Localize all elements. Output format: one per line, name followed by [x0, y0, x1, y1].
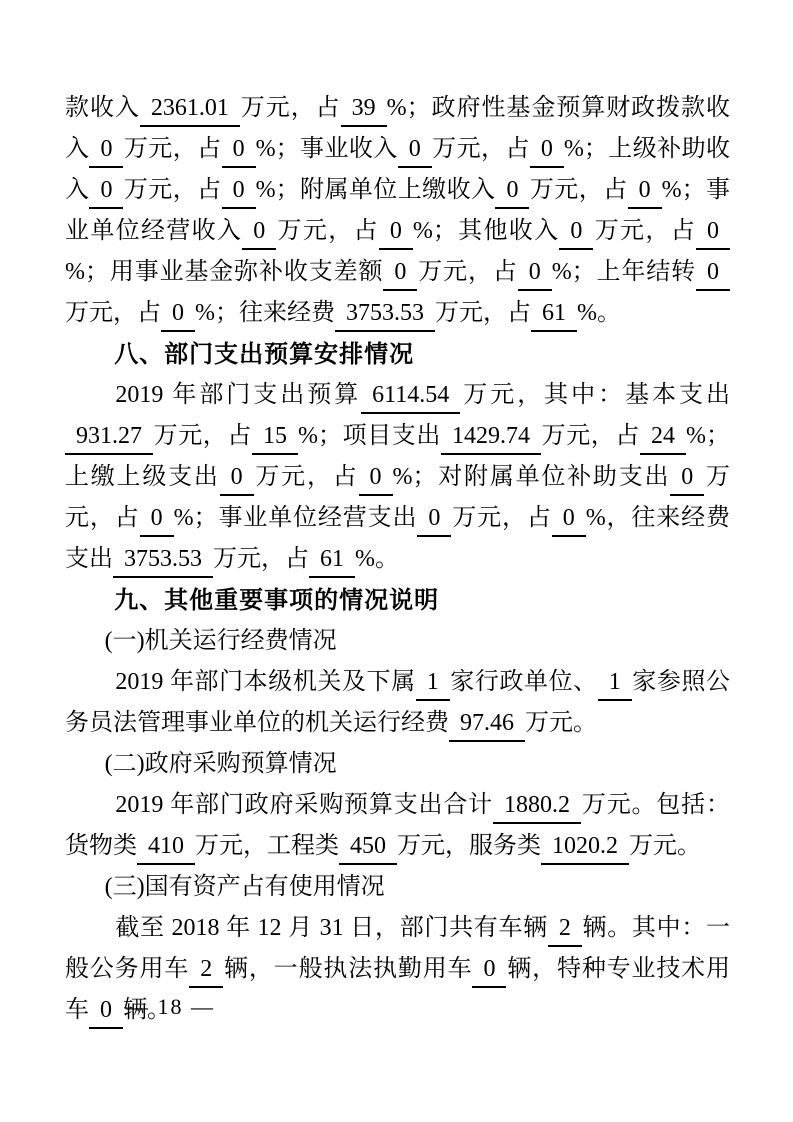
- sub-heading-9-3: (三)国有资产占有使用情况: [65, 867, 730, 908]
- text-run: 截至 2018 年 12 月 31 日，部门共有车辆: [115, 915, 547, 941]
- text-run: %；事业收入: [256, 136, 398, 162]
- text-run: %；项目支出: [298, 423, 441, 449]
- underlined-value: 0: [222, 174, 256, 209]
- page-number: — 18 —: [126, 993, 215, 1021]
- underlined-value: 0: [140, 502, 174, 537]
- underlined-value: 6114.54: [361, 379, 460, 414]
- underlined-value: 0: [417, 502, 451, 537]
- underlined-value: 3753.53: [113, 543, 213, 578]
- text-run: 万元，占: [123, 177, 221, 203]
- sub-heading-9-2: (二)政府采购预算情况: [65, 744, 730, 785]
- underlined-value: 0: [220, 461, 254, 496]
- document-body: 款收入2361.01万元，占39%；政府性基金预算财政拨款收入0万元，占0%；事…: [65, 88, 730, 1031]
- text-run: 2019 年部门政府采购预算支出合计: [115, 792, 493, 818]
- section-heading-8: 八、部门支出预算安排情况: [65, 334, 730, 375]
- underlined-value: 97.46: [449, 707, 525, 742]
- text-run: %；往来经费: [195, 300, 335, 326]
- text-run: 万元，占: [417, 259, 517, 285]
- text-run: 万元，占: [593, 218, 696, 244]
- text-run: %；对附属单位补助支出: [393, 464, 671, 490]
- text-run: 万元，占: [123, 136, 221, 162]
- underlined-value: 1: [416, 666, 450, 701]
- text-run: 万元，占: [153, 423, 252, 449]
- underlined-value: 0: [161, 297, 195, 332]
- underlined-value: 2: [548, 912, 582, 947]
- underlined-value: 0: [383, 256, 417, 291]
- underlined-value: 39: [341, 92, 387, 127]
- section-heading-9: 九、其他重要事项的情况说明: [65, 580, 730, 621]
- underlined-value: 2361.01: [140, 92, 240, 127]
- paragraph-fiscal-income-continued: 款收入2361.01万元，占39%；政府性基金预算财政拨款收入0万元，占0%；事…: [65, 88, 730, 334]
- underlined-value: 0: [359, 461, 393, 496]
- underlined-value: 0: [472, 953, 506, 988]
- underlined-value: 0: [398, 133, 432, 168]
- paragraph-operating-expenses: 2019 年部门本级机关及下属1家行政单位、1家参照公务员法管理事业单位的机关运…: [65, 662, 730, 744]
- underlined-value: 0: [242, 215, 276, 250]
- text-run: 家行政单位、: [450, 669, 598, 695]
- underlined-value: 0: [628, 174, 662, 209]
- underlined-value: 0: [696, 215, 730, 250]
- text-run: %；事业单位经营支出: [174, 505, 418, 531]
- underlined-value: 0: [696, 256, 730, 291]
- text-run: 万元，占: [529, 177, 627, 203]
- underlined-value: 0: [495, 174, 529, 209]
- underlined-value: 1880.2: [493, 789, 581, 824]
- underlined-value: 3753.53: [335, 297, 435, 332]
- underlined-value: 450: [339, 830, 397, 865]
- text-run: 万元，占: [276, 218, 379, 244]
- underlined-value: 1: [598, 666, 632, 701]
- underlined-value: 0: [518, 256, 552, 291]
- underlined-value: 2: [189, 953, 223, 988]
- underlined-value: 0: [530, 133, 564, 168]
- underlined-value: 0: [89, 994, 123, 1029]
- text-run: 万元，占: [65, 300, 161, 326]
- text-run: 2019 年部门本级机关及下属: [115, 669, 415, 695]
- underlined-value: 1429.74: [441, 420, 541, 455]
- underlined-value: 1020.2: [541, 830, 629, 865]
- text-run: %。: [355, 546, 399, 572]
- text-run: 款收入: [65, 95, 140, 121]
- document-page: 款收入2361.01万元，占39%；政府性基金预算财政拨款收入0万元，占0%；事…: [0, 0, 793, 1122]
- paragraph-expenditure-budget: 2019 年部门支出预算6114.54万元，其中：基本支出931.27万元，占1…: [65, 375, 730, 580]
- text-run: %；附属单位上缴收入: [256, 177, 496, 203]
- text-run: 万元，占: [432, 136, 530, 162]
- text-run: 万元，占: [213, 546, 309, 572]
- text-run: 万元，占: [435, 300, 531, 326]
- text-run: 万元，占: [254, 464, 359, 490]
- text-run: 万元，占: [451, 505, 551, 531]
- text-run: 万元，占: [541, 423, 640, 449]
- text-run: 万元。: [629, 833, 701, 859]
- text-run: %；其他收入: [413, 218, 560, 244]
- sub-heading-9-1: (一)机关运行经费情况: [65, 621, 730, 662]
- underlined-value: 0: [552, 502, 586, 537]
- underlined-value: 0: [89, 133, 123, 168]
- text-run: %。: [577, 300, 621, 326]
- text-run: 万元。: [525, 710, 597, 736]
- underlined-value: 24: [640, 420, 686, 455]
- underlined-value: 15: [252, 420, 298, 455]
- text-run: 万元，工程类: [195, 833, 339, 859]
- underlined-value: 61: [309, 543, 355, 578]
- underlined-value: 0: [670, 461, 704, 496]
- underlined-value: 410: [137, 830, 195, 865]
- text-run: %；上年结转: [552, 259, 696, 285]
- underlined-value: 61: [531, 297, 577, 332]
- underlined-value: 0: [379, 215, 413, 250]
- underlined-value: 0: [89, 174, 123, 209]
- underlined-value: 931.27: [65, 420, 153, 455]
- paragraph-government-procurement: 2019 年部门政府采购预算支出合计1880.2万元。包括：货物类410万元，工…: [65, 785, 730, 867]
- text-run: 万元，占: [240, 95, 341, 121]
- underlined-value: 0: [222, 133, 256, 168]
- text-run: 万元，其中：基本支出: [460, 382, 730, 408]
- text-run: %；用事业基金弥补收支差额: [65, 259, 383, 285]
- underlined-value: 0: [559, 215, 593, 250]
- text-run: 2019 年部门支出预算: [115, 382, 361, 408]
- text-run: 万元，服务类: [397, 833, 541, 859]
- text-run: 辆，一般执法执勤用车: [223, 956, 472, 982]
